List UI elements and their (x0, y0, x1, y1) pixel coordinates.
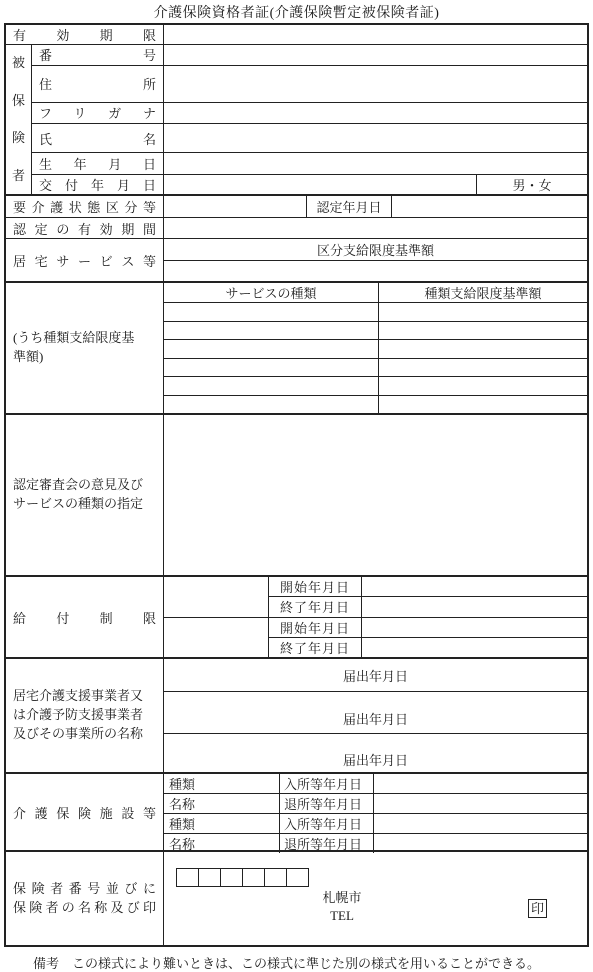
type-limit-header-row: サービスの種類 種類支給限度基準額 (164, 283, 587, 303)
type-limit-label: (うち種類支給限度基 準額) (6, 283, 164, 413)
name-row: 氏名 (32, 124, 587, 154)
facility-row: 種類 入所等年月日 (164, 774, 587, 794)
benefit-limit-label: 給付制限 (6, 577, 164, 657)
benefit-period-row: 終了年月日 (269, 638, 587, 657)
valid-until-field[interactable] (164, 25, 587, 44)
category-limit-header: 区分支給限度基準額 (164, 239, 587, 261)
benefit-period-label: 開始年月日 (269, 577, 362, 596)
form-table: 有効期限 被 保 険 者 番号 住所 フリガナ 氏名 (4, 23, 589, 947)
facility-date-field[interactable] (374, 834, 587, 853)
review-label: 認定審査会の意見及び サービスの種類の指定 (6, 415, 164, 575)
insurer-number-box[interactable] (220, 868, 243, 887)
benefit-period-label: 終了年月日 (269, 597, 362, 616)
type-limit-amount-header: 種類支給限度基準額 (379, 283, 587, 302)
insured-group-char: 保 (12, 90, 25, 109)
review-section: 認定審査会の意見及び サービスの種類の指定 (6, 415, 587, 577)
benefit-period-field[interactable] (362, 638, 587, 657)
type-limit-field[interactable] (379, 396, 587, 414)
notification-date-label: 届出年月日 (343, 666, 408, 685)
sex-label: 男・女 (477, 175, 587, 194)
provider-label: 居宅介護支援事業者又 は介護予防支援事業者 及びその事業所の名称 (6, 659, 164, 772)
notification-date-band[interactable]: 届出年月日 (164, 734, 587, 772)
benefit-period-field[interactable] (362, 577, 587, 596)
facility-type-label: 名称 (164, 794, 280, 813)
issue-date-label: 交付年月日 (32, 175, 164, 194)
facility-date-label: 退所等年月日 (280, 834, 374, 853)
insured-group-char: 被 (12, 52, 25, 71)
home-service-label: 居宅サービス等 (6, 239, 164, 281)
type-limit-field[interactable] (379, 377, 587, 395)
service-row (164, 377, 587, 396)
benefit-limit-type-field[interactable] (164, 618, 268, 658)
benefit-period-label: 開始年月日 (269, 618, 362, 637)
cert-period-field[interactable] (164, 218, 587, 238)
review-field[interactable] (164, 415, 587, 575)
valid-until-row: 有効期限 (6, 25, 587, 45)
insurer-number-box[interactable] (242, 868, 265, 887)
facility-type-label: 名称 (164, 834, 280, 853)
category-limit-field[interactable] (164, 261, 587, 281)
service-row (164, 340, 587, 359)
insurer-city-tel: 札幌市 TEL (164, 889, 520, 925)
service-type-field[interactable] (164, 303, 379, 321)
insured-group-strip: 被 保 険 者 (6, 45, 32, 194)
benefit-period-row: 終了年月日 (269, 597, 587, 617)
type-limit-field[interactable] (379, 340, 587, 358)
issue-date-field[interactable] (164, 175, 477, 194)
facility-label: 介護保険施設等 (6, 774, 164, 850)
type-limit-field[interactable] (379, 322, 587, 340)
seal-mark: 印 (528, 899, 547, 918)
service-type-field[interactable] (164, 377, 379, 395)
benefit-period-field[interactable] (362, 597, 587, 616)
facility-date-label: 入所等年月日 (280, 774, 374, 793)
service-type-field[interactable] (164, 322, 379, 340)
issue-date-row: 交付年月日 男・女 (32, 175, 587, 194)
insurer-section: 保険者番号並びに 保険者の名称及び印 札幌市 TEL 印 (6, 852, 587, 945)
insurer-number-box[interactable] (264, 868, 287, 887)
notification-date-band[interactable]: 届出年月日 (164, 659, 587, 692)
cert-period-row: 認定の有効期間 (6, 218, 587, 239)
facility-section: 介護保険施設等 種類 入所等年月日 名称 退所等年月日 種類 入所等年月日 名称… (6, 774, 587, 852)
valid-until-label: 有効期限 (6, 25, 164, 44)
benefit-period-row: 開始年月日 (269, 577, 587, 597)
insurer-number-box[interactable] (198, 868, 221, 887)
insured-group-char: 者 (12, 165, 25, 184)
cert-date-label: 認定年月日 (307, 196, 392, 217)
insured-group-char: 険 (12, 127, 25, 146)
insurer-number-box[interactable] (286, 868, 309, 887)
facility-type-label: 種類 (164, 814, 280, 833)
cert-date-field[interactable] (392, 196, 587, 217)
benefit-period-label: 終了年月日 (269, 638, 362, 657)
facility-date-label: 退所等年月日 (280, 794, 374, 813)
home-service-section: 居宅サービス等 区分支給限度基準額 (6, 239, 587, 283)
type-limit-field[interactable] (379, 359, 587, 377)
facility-date-field[interactable] (374, 814, 587, 833)
number-label: 番号 (32, 45, 164, 65)
service-type-header: サービスの種類 (164, 283, 379, 302)
care-level-row: 要介護状態区分等 認定年月日 (6, 196, 587, 218)
provider-section: 居宅介護支援事業者又 は介護予防支援事業者 及びその事業所の名称 届出年月日 届… (6, 659, 587, 774)
benefit-period-row: 開始年月日 (269, 618, 587, 638)
care-level-label: 要介護状態区分等 (6, 196, 164, 217)
facility-row: 名称 退所等年月日 (164, 794, 587, 814)
service-type-field[interactable] (164, 359, 379, 377)
birthdate-field[interactable] (164, 153, 587, 174)
address-field[interactable] (164, 66, 587, 102)
notification-date-label: 届出年月日 (343, 750, 408, 769)
facility-date-label: 入所等年月日 (280, 814, 374, 833)
service-type-field[interactable] (164, 396, 379, 414)
type-limit-field[interactable] (379, 303, 587, 321)
benefit-limit-type-column (164, 577, 269, 657)
facility-type-label: 種類 (164, 774, 280, 793)
name-label: 氏名 (32, 124, 164, 153)
birthdate-label: 生年月日 (32, 153, 164, 174)
facility-row: 名称 退所等年月日 (164, 834, 587, 853)
insurer-number-boxes (176, 868, 309, 887)
insurer-number-box[interactable] (176, 868, 199, 887)
name-field[interactable] (164, 124, 587, 153)
benefit-period-field[interactable] (362, 618, 587, 637)
insurer-label: 保険者番号並びに 保険者の名称及び印 (6, 852, 164, 945)
service-row (164, 396, 587, 414)
number-field[interactable] (164, 45, 587, 65)
type-limit-section: (うち種類支給限度基 準額) サービスの種類 種類支給限度基準額 (6, 283, 587, 415)
notification-date-band[interactable]: 届出年月日 (164, 692, 587, 734)
address-label: 住所 (32, 66, 164, 102)
number-row: 番号 (32, 45, 587, 66)
facility-date-field[interactable] (374, 774, 587, 793)
notification-date-label: 届出年月日 (343, 709, 408, 728)
insurer-city: 札幌市 (164, 889, 520, 907)
furigana-row: フリガナ (32, 103, 587, 124)
benefit-limit-type-field[interactable] (164, 577, 268, 618)
service-type-field[interactable] (164, 340, 379, 358)
insurer-tel: TEL (164, 907, 520, 925)
birthdate-row: 生年月日 (32, 153, 587, 175)
address-row: 住所 (32, 66, 587, 103)
service-row (164, 303, 587, 322)
facility-date-field[interactable] (374, 794, 587, 813)
benefit-limit-section: 給付制限 開始年月日 終了年月日 開始年月日 終了年月日 (6, 577, 587, 659)
furigana-label: フリガナ (32, 103, 164, 123)
furigana-field[interactable] (164, 103, 587, 123)
facility-row: 種類 入所等年月日 (164, 814, 587, 834)
service-row (164, 322, 587, 341)
cert-period-label: 認定の有効期間 (6, 218, 164, 238)
insured-section: 被 保 険 者 番号 住所 フリガナ 氏名 生年月日 (6, 45, 587, 196)
remarks-note: 備考 この様式により難いときは、この様式に準じた別の様式を用いることができる。 (33, 953, 593, 972)
page-title: 介護保険資格者証(介護保険暫定被保険者証) (0, 0, 593, 22)
care-level-field[interactable] (164, 196, 307, 217)
service-row (164, 359, 587, 378)
insurer-content: 札幌市 TEL 印 (164, 852, 587, 945)
